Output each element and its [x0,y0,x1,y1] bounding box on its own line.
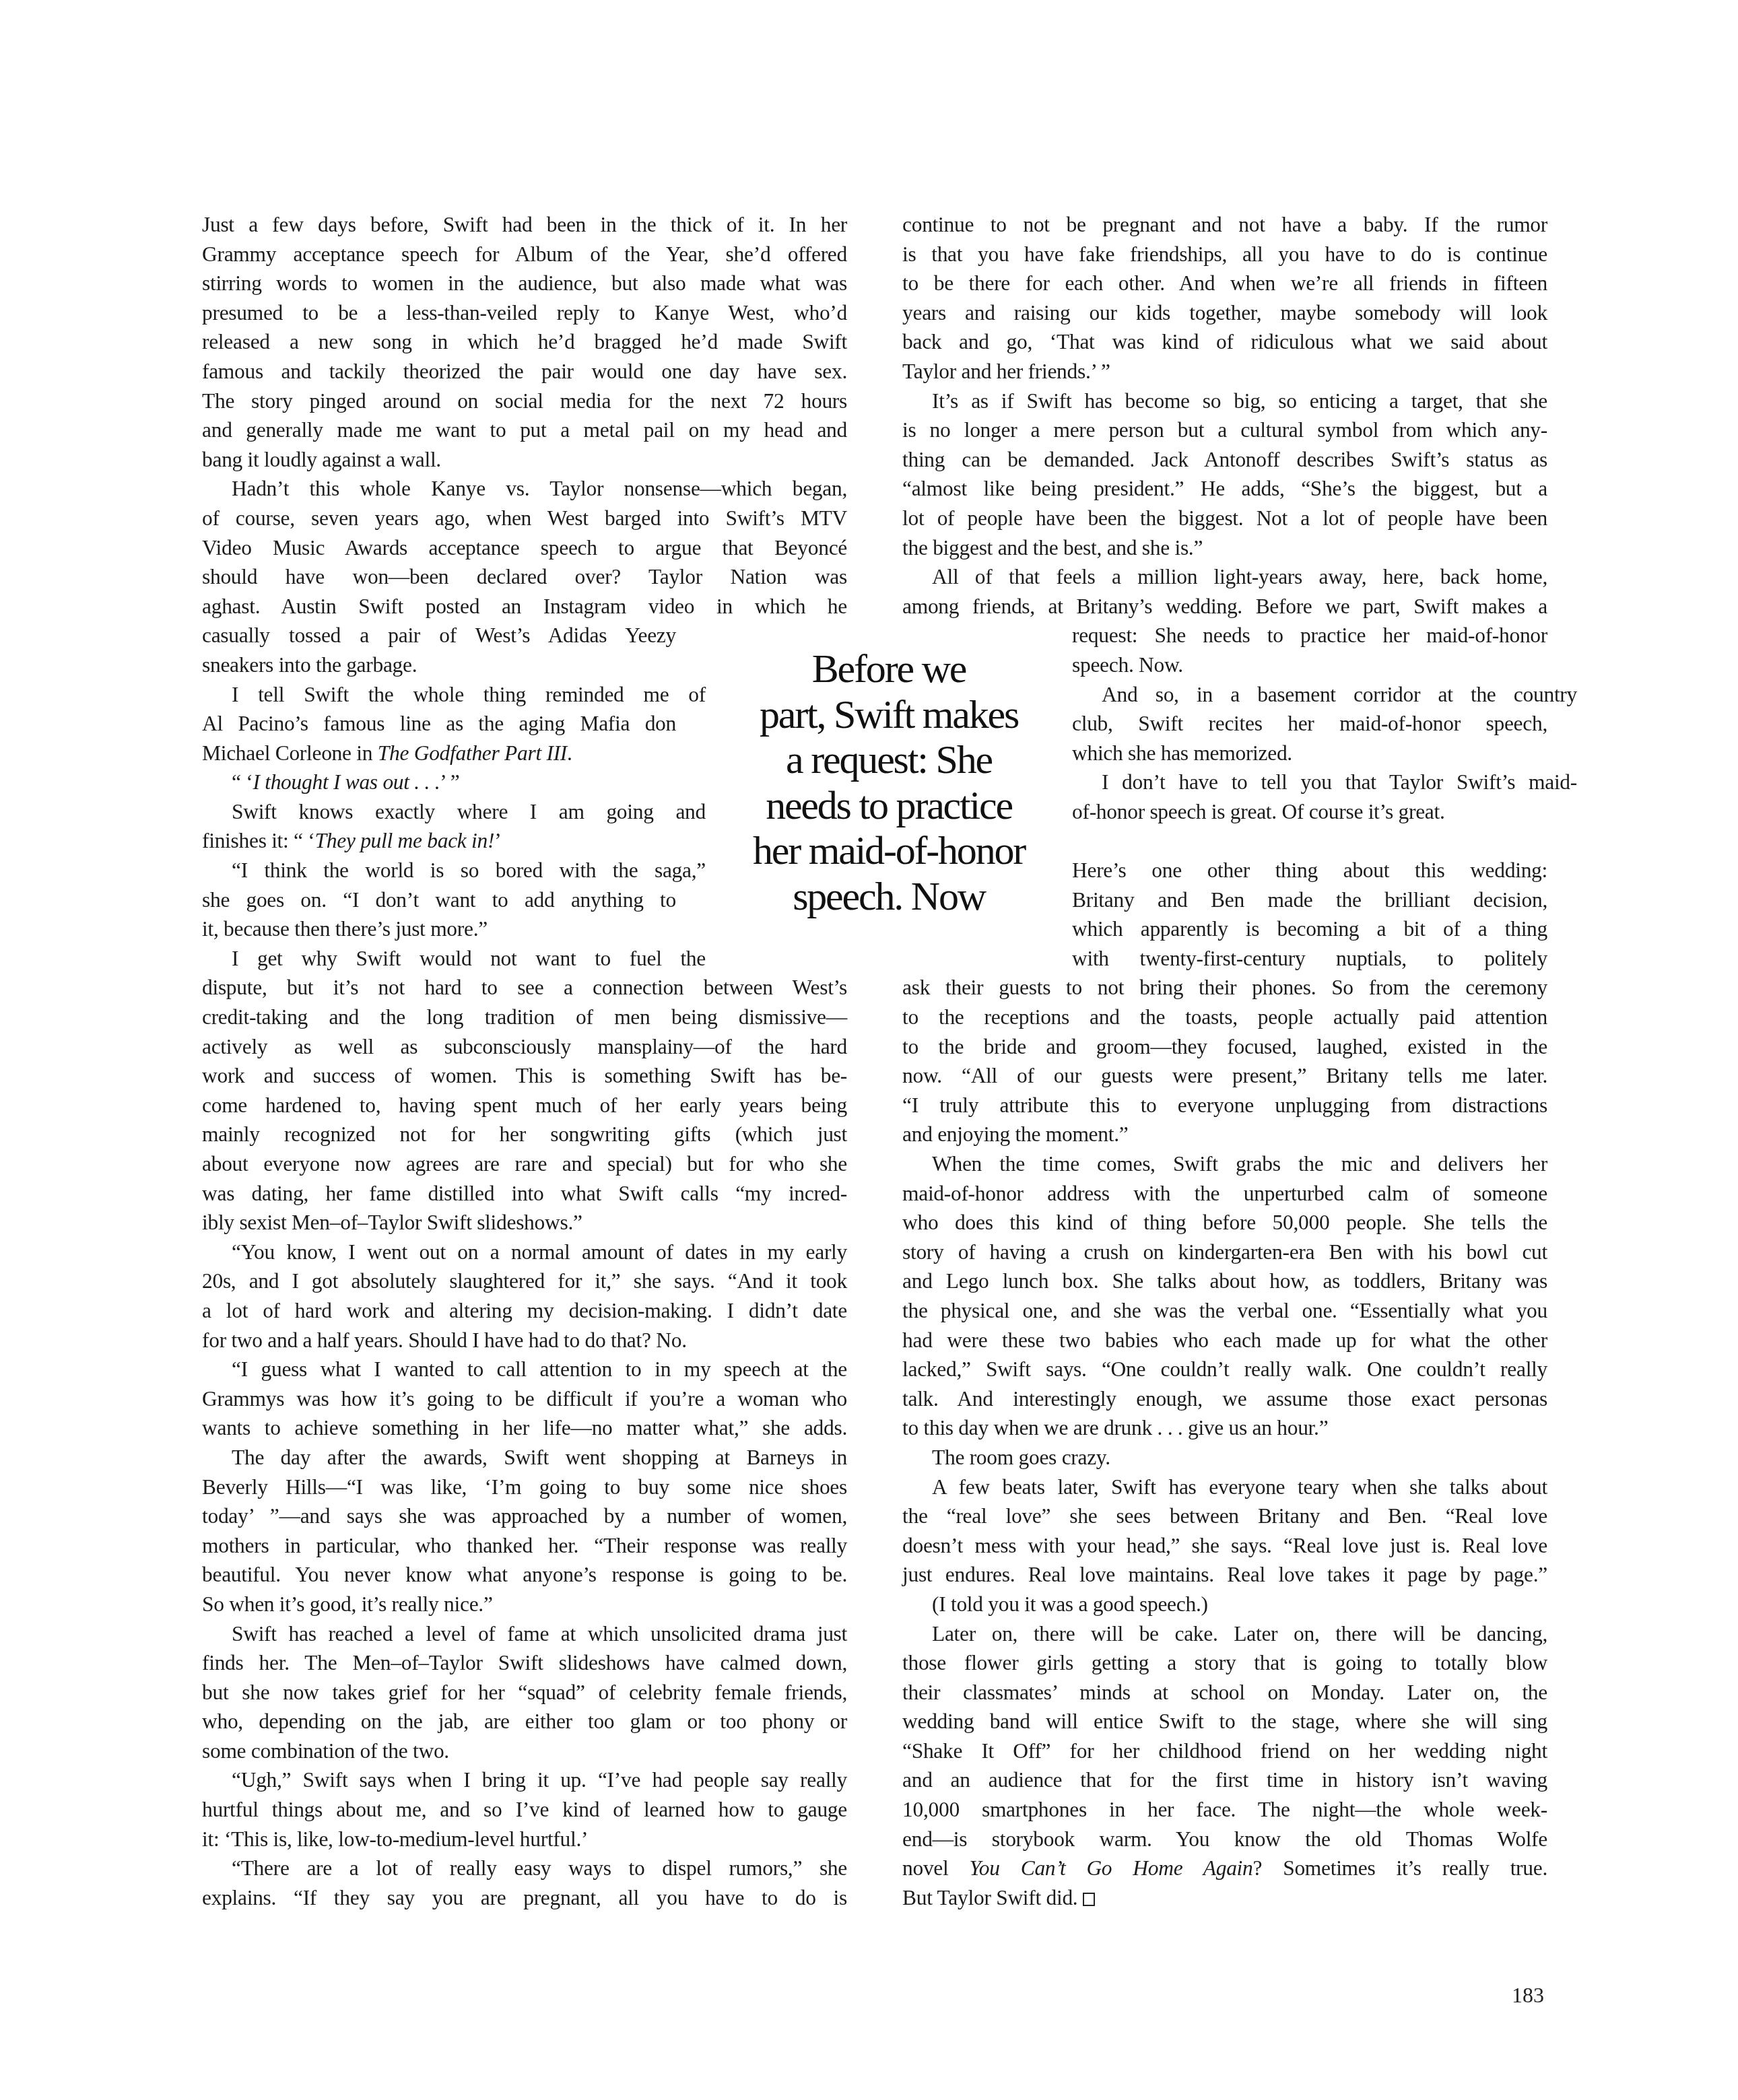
text-run: it, because then there’s just more.” [202,917,488,941]
text-run: Swift knows exactly where I am going and [232,800,706,823]
text-run: stirring words to women in the audience,… [202,271,847,295]
text-line: wants to achieve something in her life—n… [202,1413,847,1443]
text-line: The room goes crazy. [902,1443,1547,1472]
text-run: a lot of hard work and altering my decis… [202,1299,847,1322]
text-line: but she now takes grief for her “squad” … [202,1678,847,1707]
italic-title: They pull me back in! [315,829,495,852]
text-line: just endures. Real love maintains. Real … [902,1560,1547,1590]
text-line: with twenty-first-century nuptials, to p… [1072,944,1547,974]
text-run: Taylor and her friends.’ ” [902,360,1110,383]
text-line: The day after the awards, Swift went sho… [202,1443,847,1472]
text-run: the biggest and the best, and she is.” [902,536,1203,560]
text-line: finishes it: “ ‘They pull me back in!’ [202,826,676,856]
text-line: All of that feels a million light-years … [902,562,1547,592]
text-run: story of having a crush on kindergarten-… [902,1240,1547,1264]
text-run: 20s, and I got absolutely slaughtered fo… [202,1269,847,1293]
pull-quote-line: speech. Now [714,874,1064,920]
text-run: is no longer a mere person but a cultura… [902,418,1547,442]
text-line: (I told you it was a good speech.) [902,1590,1547,1619]
text-line: Beverly Hills—“I was like, ‘I’m going to… [202,1472,847,1502]
text-run: famous and tackily theorized the pair wo… [202,360,847,383]
text-line: mothers in particular, who thanked her. … [202,1531,847,1561]
text-run: “I guess what I wanted to call attention… [232,1357,847,1381]
text-run: explains. “If they say you are pregnant,… [202,1886,847,1909]
text-line: should have won—been declared over? Tayl… [202,562,847,592]
text-line: and enjoying the moment.” [902,1120,1547,1149]
pull-quote-line: her maid-of-honor [714,828,1064,874]
text-run: finishes it: “ ‘ [202,829,315,852]
text-line: “There are a lot of really easy ways to … [202,1854,847,1883]
text-run: mothers in particular, who thanked her. … [202,1534,847,1557]
text-line: ibly sexist Men–of–Taylor Swift slidesho… [202,1208,847,1238]
text-line: The story pinged around on social media … [202,386,847,416]
text-line: “I think the world is so bored with the … [202,856,706,885]
text-run: and an audience that for the first time … [902,1768,1547,1792]
text-run: who does this kind of thing before 50,00… [902,1211,1547,1234]
text-run: Swift has reached a level of fame at whi… [232,1622,847,1646]
text-line: come hardened to, having spent much of h… [202,1091,847,1120]
text-run: novel [902,1856,969,1880]
text-line: to the bride and groom—they focused, lau… [902,1032,1547,1062]
text-line: lacked,” Swift says. “One couldn’t reall… [902,1355,1547,1384]
text-line: to the receptions and the toasts, people… [902,1003,1547,1032]
text-run: request: She needs to practice her maid-… [1072,623,1547,647]
text-run: and enjoying the moment.” [902,1122,1128,1146]
text-run: today’ ”—and says she was approached by … [202,1504,847,1528]
text-line: wedding band will entice Swift to the st… [902,1707,1547,1736]
text-run: “I truly attribute this to everyone unpl… [902,1093,1547,1117]
text-line: who does this kind of thing before 50,00… [902,1208,1547,1238]
text-run: Hadn’t this whole Kanye vs. Taylor nonse… [232,477,847,500]
text-run: wants to achieve something in her life—n… [202,1416,847,1439]
text-line: years and raising our kids together, may… [902,298,1547,328]
text-run: Here’s one other thing about this weddin… [1072,858,1547,882]
text-run: which apparently is becoming a bit of a … [1072,917,1547,941]
text-run: and generally made me want to put a meta… [202,418,847,442]
text-run: “You know, I went out on a normal amount… [232,1240,847,1264]
text-line: doesn’t mess with your head,” she says. … [902,1531,1547,1561]
text-line: which apparently is becoming a bit of a … [1072,914,1547,944]
text-line: hurtful things about me, and so I’ve kin… [202,1795,847,1825]
text-line: Just a few days before, Swift had been i… [202,210,847,240]
text-run: “Ugh,” Swift says when I bring it up. “I… [232,1768,847,1792]
text-run: which she has memorized. [1072,741,1292,765]
text-run: ’ ” [440,770,459,794]
text-line: finds her. The Men–of–Taylor Swift slide… [202,1648,847,1678]
text-line: Michael Corleone in The Godfather Part I… [202,739,676,768]
text-run: The day after the awards, Swift went sho… [232,1446,847,1469]
text-line: of-honor speech is great. Of course it’s… [1072,797,1547,827]
text-line: released a new song in which he’d bragge… [202,327,847,357]
text-line: to be there for each other. And when we’… [902,269,1547,298]
text-run: of-honor speech is great. Of course it’s… [1072,800,1445,823]
text-run: The room goes crazy. [932,1446,1110,1469]
text-line: mainly recognized not for her songwritin… [202,1120,847,1149]
magazine-page: Just a few days before, Swift had been i… [0,0,1738,2100]
text-run: But Taylor Swift did. [902,1886,1077,1909]
text-line: But Taylor Swift did. [902,1883,1547,1913]
text-line: So when it’s good, it’s really nice.” [202,1590,847,1619]
text-run: ’ [494,829,501,852]
text-run: the physical one, and she was the verbal… [902,1299,1547,1322]
text-line: and Lego lunch box. She talks about how,… [902,1266,1547,1296]
text-line: is that you have fake friendships, all y… [902,240,1547,269]
text-run: Al Pacino’s famous line as the aging Maf… [202,712,676,735]
text-run: (I told you it was a good speech.) [932,1592,1208,1616]
text-run: doesn’t mess with your head,” she says. … [902,1534,1547,1557]
pull-quote-line: Before we [714,646,1064,692]
text-line: “I guess what I wanted to call attention… [202,1355,847,1384]
text-run: some combination of the two. [202,1739,449,1763]
text-line: the “real love” she sees between Britany… [902,1501,1547,1531]
text-line: their classmates’ minds at school on Mon… [902,1678,1547,1707]
text-run: who, depending on the jab, are either to… [202,1709,847,1733]
text-run: finds her. The Men–of–Taylor Swift slide… [202,1651,847,1674]
text-line: she goes on. “I don’t want to add anythi… [202,885,676,915]
text-run: talk. And interestingly enough, we assum… [902,1387,1547,1411]
text-line: today’ ”—and says she was approached by … [202,1501,847,1531]
text-run: aghast. Austin Swift posted an Instagram… [202,595,847,618]
text-run: it: ‘This is, like, low-to-medium-level … [202,1827,588,1851]
text-line: “You know, I went out on a normal amount… [202,1238,847,1267]
text-line: novel You Can’t Go Home Again? Sometimes… [902,1854,1547,1883]
text-line: And so, in a basement corridor at the co… [1072,680,1577,710]
text-run: “Shake It Off” for her childhood friend … [902,1739,1547,1763]
text-line: beautiful. You never know what anyone’s … [202,1560,847,1590]
text-run: to be there for each other. And when we’… [902,271,1547,295]
text-line: Taylor and her friends.’ ” [902,357,1547,386]
text-run: credit-taking and the long tradition of … [202,1005,847,1029]
pull-quote-line: a request: She [714,737,1064,783]
text-run: “There are a lot of really easy ways to … [232,1856,847,1880]
text-run: bang it loudly against a wall. [202,448,441,471]
text-run: among friends, at Britany’s wedding. Bef… [902,595,1547,618]
text-run: ? Sometimes it’s really true. [1253,1856,1547,1880]
text-line: Al Pacino’s famous line as the aging Maf… [202,709,676,739]
italic-title: You Can’t Go Home Again [969,1856,1252,1880]
text-line: who, depending on the jab, are either to… [202,1707,847,1736]
text-run: It’s as if Swift has become so big, so e… [932,389,1547,413]
text-run: to the receptions and the toasts, people… [902,1005,1547,1029]
text-line: thing can be demanded. Jack Antonoff des… [902,445,1547,475]
text-run: sneakers into the garbage. [202,653,417,677]
text-run: those flower girls getting a story that … [902,1651,1547,1674]
text-line: the physical one, and she was the verbal… [902,1296,1547,1326]
text-line: It’s as if Swift has become so big, so e… [902,386,1547,416]
text-line: Swift knows exactly where I am going and [202,797,706,827]
article-column-left: Just a few days before, Swift had been i… [202,210,847,1912]
text-run: lacked,” Swift says. “One couldn’t reall… [902,1357,1547,1381]
text-line: back and go, ‘That was kind of ridiculou… [902,327,1547,357]
text-line: is no longer a mere person but a cultura… [902,415,1547,445]
text-line: “Shake It Off” for her childhood friend … [902,1736,1547,1766]
text-run: lot of people have been the biggest. Not… [902,506,1547,530]
end-of-article-icon [1083,1893,1095,1906]
text-run: and Lego lunch box. She talks about how,… [902,1269,1547,1293]
text-run: Grammys was how it’s going to be difficu… [202,1387,847,1411]
text-run: “ ‘ [232,770,253,794]
text-run: ibly sexist Men–of–Taylor Swift slidesho… [202,1211,582,1234]
pull-quote: Before wepart, Swift makesa request: She… [714,646,1064,919]
text-line: it: ‘This is, like, low-to-medium-level … [202,1825,847,1854]
text-line: dispute, but it’s not hard to see a conn… [202,973,847,1003]
text-line: A few beats later, Swift has everyone te… [902,1472,1547,1502]
text-run: actively as well as subconsciously mansp… [202,1035,847,1058]
text-line: actively as well as subconsciously mansp… [202,1032,847,1062]
text-line: Grammys was how it’s going to be difficu… [202,1384,847,1414]
text-line: I don’t have to tell you that Taylor Swi… [1072,768,1577,797]
article-column-right: continue to not be pregnant and not have… [902,210,1547,1912]
text-line: among friends, at Britany’s wedding. Bef… [902,592,1547,621]
text-run: but she now takes grief for her “squad” … [202,1681,847,1704]
text-line: speech. Now. [1072,650,1547,680]
text-run: the “real love” she sees between Britany… [902,1504,1547,1528]
pull-quote-line: needs to practice [714,783,1064,829]
text-line: for two and a half years. Should I have … [202,1326,847,1355]
text-run: come hardened to, having spent much of h… [202,1093,847,1117]
text-line: and generally made me want to put a meta… [202,415,847,445]
text-line: a lot of hard work and altering my decis… [202,1296,847,1326]
text-line: it, because then there’s just more.” [202,914,676,944]
text-line: Video Music Awards acceptance speech to … [202,533,847,563]
text-line: maid-of-honor address with the unperturb… [902,1179,1547,1209]
text-run: should have won—been declared over? Tayl… [202,565,847,588]
text-run: continue to not be pregnant and not have… [902,213,1547,236]
text-line: 10,000 smartphones in her face. The nigh… [902,1795,1547,1825]
text-line: end—is storybook warm. You know the old … [902,1825,1547,1854]
text-line: club, Swift recites her maid-of-honor sp… [1072,709,1547,739]
text-line: which she has memorized. [1072,739,1547,768]
text-line: and an audience that for the first time … [902,1765,1547,1795]
text-run: I tell Swift the whole thing reminded me… [232,683,706,706]
text-run: ask their guests to not bring their phon… [902,976,1547,999]
text-line: about everyone now agrees are rare and s… [202,1149,847,1179]
text-line: Later on, there will be cake. Later on, … [902,1619,1547,1649]
text-line: Britany and Ben made the brilliant decis… [1072,885,1547,915]
text-run: with twenty-first-century nuptials, to p… [1072,947,1547,970]
text-line: continue to not be pregnant and not have… [902,210,1547,240]
text-run: she goes on. “I don’t want to add anythi… [202,888,676,912]
text-run: Video Music Awards acceptance speech to … [202,536,847,560]
text-line: When the time comes, Swift grabs the mic… [902,1149,1547,1179]
text-line: credit-taking and the long tradition of … [202,1003,847,1032]
text-run: A few beats later, Swift has everyone te… [932,1475,1547,1499]
text-line: work and success of women. This is somet… [202,1061,847,1091]
text-run: And so, in a basement corridor at the co… [1102,683,1577,706]
text-run: “almost like being president.” He adds, … [902,477,1547,500]
text-line: “almost like being president.” He adds, … [902,474,1547,504]
text-run: is that you have fake friendships, all y… [902,242,1547,266]
text-line: of course, seven years ago, when West ba… [202,504,847,533]
text-line: now. “All of our guests were present,” B… [902,1061,1547,1091]
text-line: sneakers into the garbage. [202,650,676,680]
text-line: request: She needs to practice her maid-… [1072,621,1547,650]
text-line: story of having a crush on kindergarten-… [902,1238,1547,1267]
text-line: “I truly attribute this to everyone unpl… [902,1091,1547,1120]
text-line: explains. “If they say you are pregnant,… [202,1883,847,1913]
italic-title: The Godfather Part III [378,741,567,765]
text-run: All of that feels a million light-years … [932,565,1547,588]
text-line: some combination of the two. [202,1736,847,1766]
italic-title: I thought I was out . . . [253,770,440,794]
text-run: Beverly Hills—“I was like, ‘I’m going to… [202,1475,847,1499]
text-line: ask their guests to not bring their phon… [902,973,1547,1003]
pull-quote-line: part, Swift makes [714,692,1064,738]
text-line: talk. And interestingly enough, we assum… [902,1384,1547,1414]
text-line: the biggest and the best, and she is.” [902,533,1547,563]
text-run: had were these two babies who each made … [902,1328,1547,1352]
text-line: 20s, and I got absolutely slaughtered fo… [202,1266,847,1296]
text-run: mainly recognized not for her songwritin… [202,1122,847,1146]
text-line: “Ugh,” Swift says when I bring it up. “I… [202,1765,847,1795]
text-run: Michael Corleone in [202,741,378,765]
page-number: 183 [1512,1983,1544,2008]
text-run: to the bride and groom—they focused, lau… [902,1035,1547,1058]
text-run: now. “All of our guests were present,” B… [902,1064,1547,1087]
text-run: back and go, ‘That was kind of ridiculou… [902,330,1547,353]
text-run: released a new song in which he’d bragge… [202,330,847,353]
text-run: The story pinged around on social media … [202,389,847,413]
text-line: Hadn’t this whole Kanye vs. Taylor nonse… [202,474,847,504]
text-line: casually tossed a pair of West’s Adidas … [202,621,676,650]
text-line: stirring words to women in the audience,… [202,269,847,298]
text-run: hurtful things about me, and so I’ve kin… [202,1798,847,1821]
text-run: I get why Swift would not want to fuel t… [232,947,706,970]
text-run: their classmates’ minds at school on Mon… [902,1681,1547,1704]
text-run: club, Swift recites her maid-of-honor sp… [1072,712,1547,735]
text-run: speech. Now. [1072,653,1183,677]
text-run: Britany and Ben made the brilliant decis… [1072,888,1547,912]
text-line: I tell Swift the whole thing reminded me… [202,680,706,710]
text-line: “ ‘I thought I was out . . .’ ” [202,768,706,797]
text-line: famous and tackily theorized the pair wo… [202,357,847,386]
text-run: end—is storybook warm. You know the old … [902,1827,1547,1851]
text-run: of course, seven years ago, when West ba… [202,506,847,530]
text-run: years and raising our kids together, may… [902,301,1547,325]
text-run: to this day when we are drunk . . . give… [902,1416,1328,1439]
text-run: was dating, her fame distilled into what… [202,1182,847,1205]
text-run: beautiful. You never know what anyone’s … [202,1563,847,1586]
text-run: . [567,741,572,765]
text-line: Grammy acceptance speech for Album of th… [202,240,847,269]
text-run: maid-of-honor address with the unperturb… [902,1182,1547,1205]
text-run: 10,000 smartphones in her face. The nigh… [902,1798,1547,1821]
text-run: wedding band will entice Swift to the st… [902,1709,1547,1733]
text-run: about everyone now agrees are rare and s… [202,1152,847,1176]
text-run: “I think the world is so bored with the … [232,858,706,882]
text-line: aghast. Austin Swift posted an Instagram… [202,592,847,621]
text-run: dispute, but it’s not hard to see a conn… [202,976,847,999]
text-run: casually tossed a pair of West’s Adidas … [202,623,676,647]
text-run: for two and a half years. Should I have … [202,1328,687,1352]
text-line: was dating, her fame distilled into what… [202,1179,847,1209]
text-line: Swift has reached a level of fame at whi… [202,1619,847,1649]
text-line: I get why Swift would not want to fuel t… [202,944,706,974]
text-run: presumed to be a less-than-veiled reply … [202,301,847,325]
text-run: When the time comes, Swift grabs the mic… [932,1152,1547,1176]
text-run: just endures. Real love maintains. Real … [902,1563,1547,1586]
text-line: had were these two babies who each made … [902,1326,1547,1355]
text-line: presumed to be a less-than-veiled reply … [202,298,847,328]
text-line: Here’s one other thing about this weddin… [1072,856,1547,885]
text-run: I don’t have to tell you that Taylor Swi… [1102,770,1577,794]
text-run: Later on, there will be cake. Later on, … [932,1622,1547,1646]
text-line: lot of people have been the biggest. Not… [902,504,1547,533]
text-run: So when it’s good, it’s really nice.” [202,1592,493,1616]
text-line: to this day when we are drunk . . . give… [902,1413,1547,1443]
text-line: those flower girls getting a story that … [902,1648,1547,1678]
text-run: work and success of women. This is somet… [202,1064,847,1087]
text-run: Just a few days before, Swift had been i… [202,213,847,236]
text-line: bang it loudly against a wall. [202,445,847,475]
text-run: thing can be demanded. Jack Antonoff des… [902,448,1547,471]
text-run: Grammy acceptance speech for Album of th… [202,242,847,266]
